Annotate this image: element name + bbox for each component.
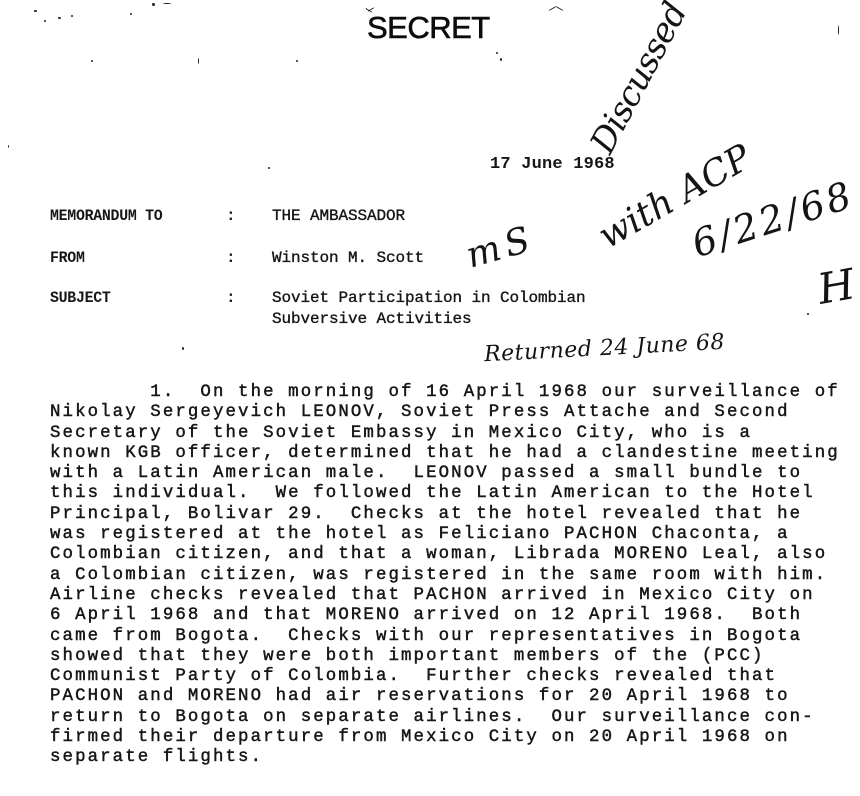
- body-line: this individual. We followed the Latin A…: [50, 484, 860, 504]
- body-line: firmed their departure from Mexico City …: [50, 728, 860, 748]
- header-subject-label: SUBJECT: [50, 289, 111, 307]
- scan-speck: [182, 347, 184, 350]
- scan-speck: [34, 10, 37, 12]
- body-line: Principal, Bolivar 29. Checks at the hot…: [50, 505, 860, 525]
- body-line: PACHON and MORENO had air reservations f…: [50, 687, 860, 707]
- body-line: return to Bogota on separate airlines. O…: [50, 708, 860, 728]
- scan-speck: [44, 20, 46, 22]
- scan-speck: [58, 17, 61, 19]
- body-line: Secretary of the Soviet Embassy in Mexic…: [50, 424, 860, 444]
- scan-speck: [838, 25, 839, 35]
- scan-speck: [8, 145, 9, 148]
- header-subject-separator: :: [226, 289, 236, 307]
- scan-speck: [130, 13, 132, 15]
- header-to-separator: :: [226, 207, 236, 225]
- body-line: showed that they were both important mem…: [50, 647, 860, 667]
- header-subject-value: Soviet Participation in Colombian Subver…: [272, 289, 586, 328]
- body-line: Colombian citizen, and that a woman, Lib…: [50, 545, 860, 565]
- body-line: came from Bogota. Checks with our repres…: [50, 627, 860, 647]
- scan-speck: [91, 60, 93, 62]
- scan-speck: [555, 6, 563, 11]
- body-line: separate flights.: [50, 748, 860, 768]
- scan-speck: [296, 60, 298, 62]
- memo-date: 17 June 1968: [490, 155, 615, 174]
- body-line: Communist Party of Colombia. Further che…: [50, 667, 860, 687]
- body-line: Nikolay Sergeyevich LEONOV, Soviet Press…: [50, 403, 860, 423]
- header-from-value: Winston M. Scott: [272, 249, 424, 267]
- body-line: Airline checks revealed that PACHON arri…: [50, 586, 860, 606]
- handwritten-signature: m S: [462, 220, 532, 276]
- handwritten-discussed-note: Discussed: [583, 0, 695, 160]
- body-line: 1. On the morning of 16 April 1968 our s…: [50, 383, 860, 403]
- scan-speck: [198, 58, 199, 64]
- header-to-label: MEMORANDUM TO: [50, 207, 162, 225]
- body-line: known KGB officer, determined that he ha…: [50, 444, 860, 464]
- scan-speck: [163, 3, 171, 4]
- memo-body-paragraph: 1. On the morning of 16 April 1968 our s…: [50, 383, 860, 769]
- subject-line-2: Subversive Activities: [272, 310, 586, 328]
- scan-speck: [71, 15, 73, 17]
- subject-line-1: Soviet Participation in Colombian: [272, 289, 586, 307]
- memo-page: SECRET 17 June 1968 MEMORANDUM TO : THE …: [0, 0, 860, 796]
- body-line: a Colombian citizen, was registered in t…: [50, 566, 860, 586]
- scan-speck: [152, 3, 155, 6]
- header-to-value: THE AMBASSADOR: [272, 207, 405, 225]
- header-from-label: FROM: [50, 249, 85, 267]
- scan-speck: [500, 58, 502, 61]
- handwritten-returned-note: Returned 24 June 68: [484, 330, 726, 368]
- scan-speck: [268, 167, 270, 169]
- scan-speck: [496, 52, 498, 54]
- header-from-separator: :: [226, 249, 236, 267]
- body-line: with a Latin American male. LEONOV passe…: [50, 464, 860, 484]
- body-line: was registered at the hotel as Feliciano…: [50, 525, 860, 545]
- body-line: 6 April 1968 and that MORENO arrived on …: [50, 606, 860, 626]
- scan-speck: [807, 313, 809, 315]
- handwritten-initials: H: [814, 259, 859, 314]
- classification-stamp: SECRET: [367, 10, 490, 46]
